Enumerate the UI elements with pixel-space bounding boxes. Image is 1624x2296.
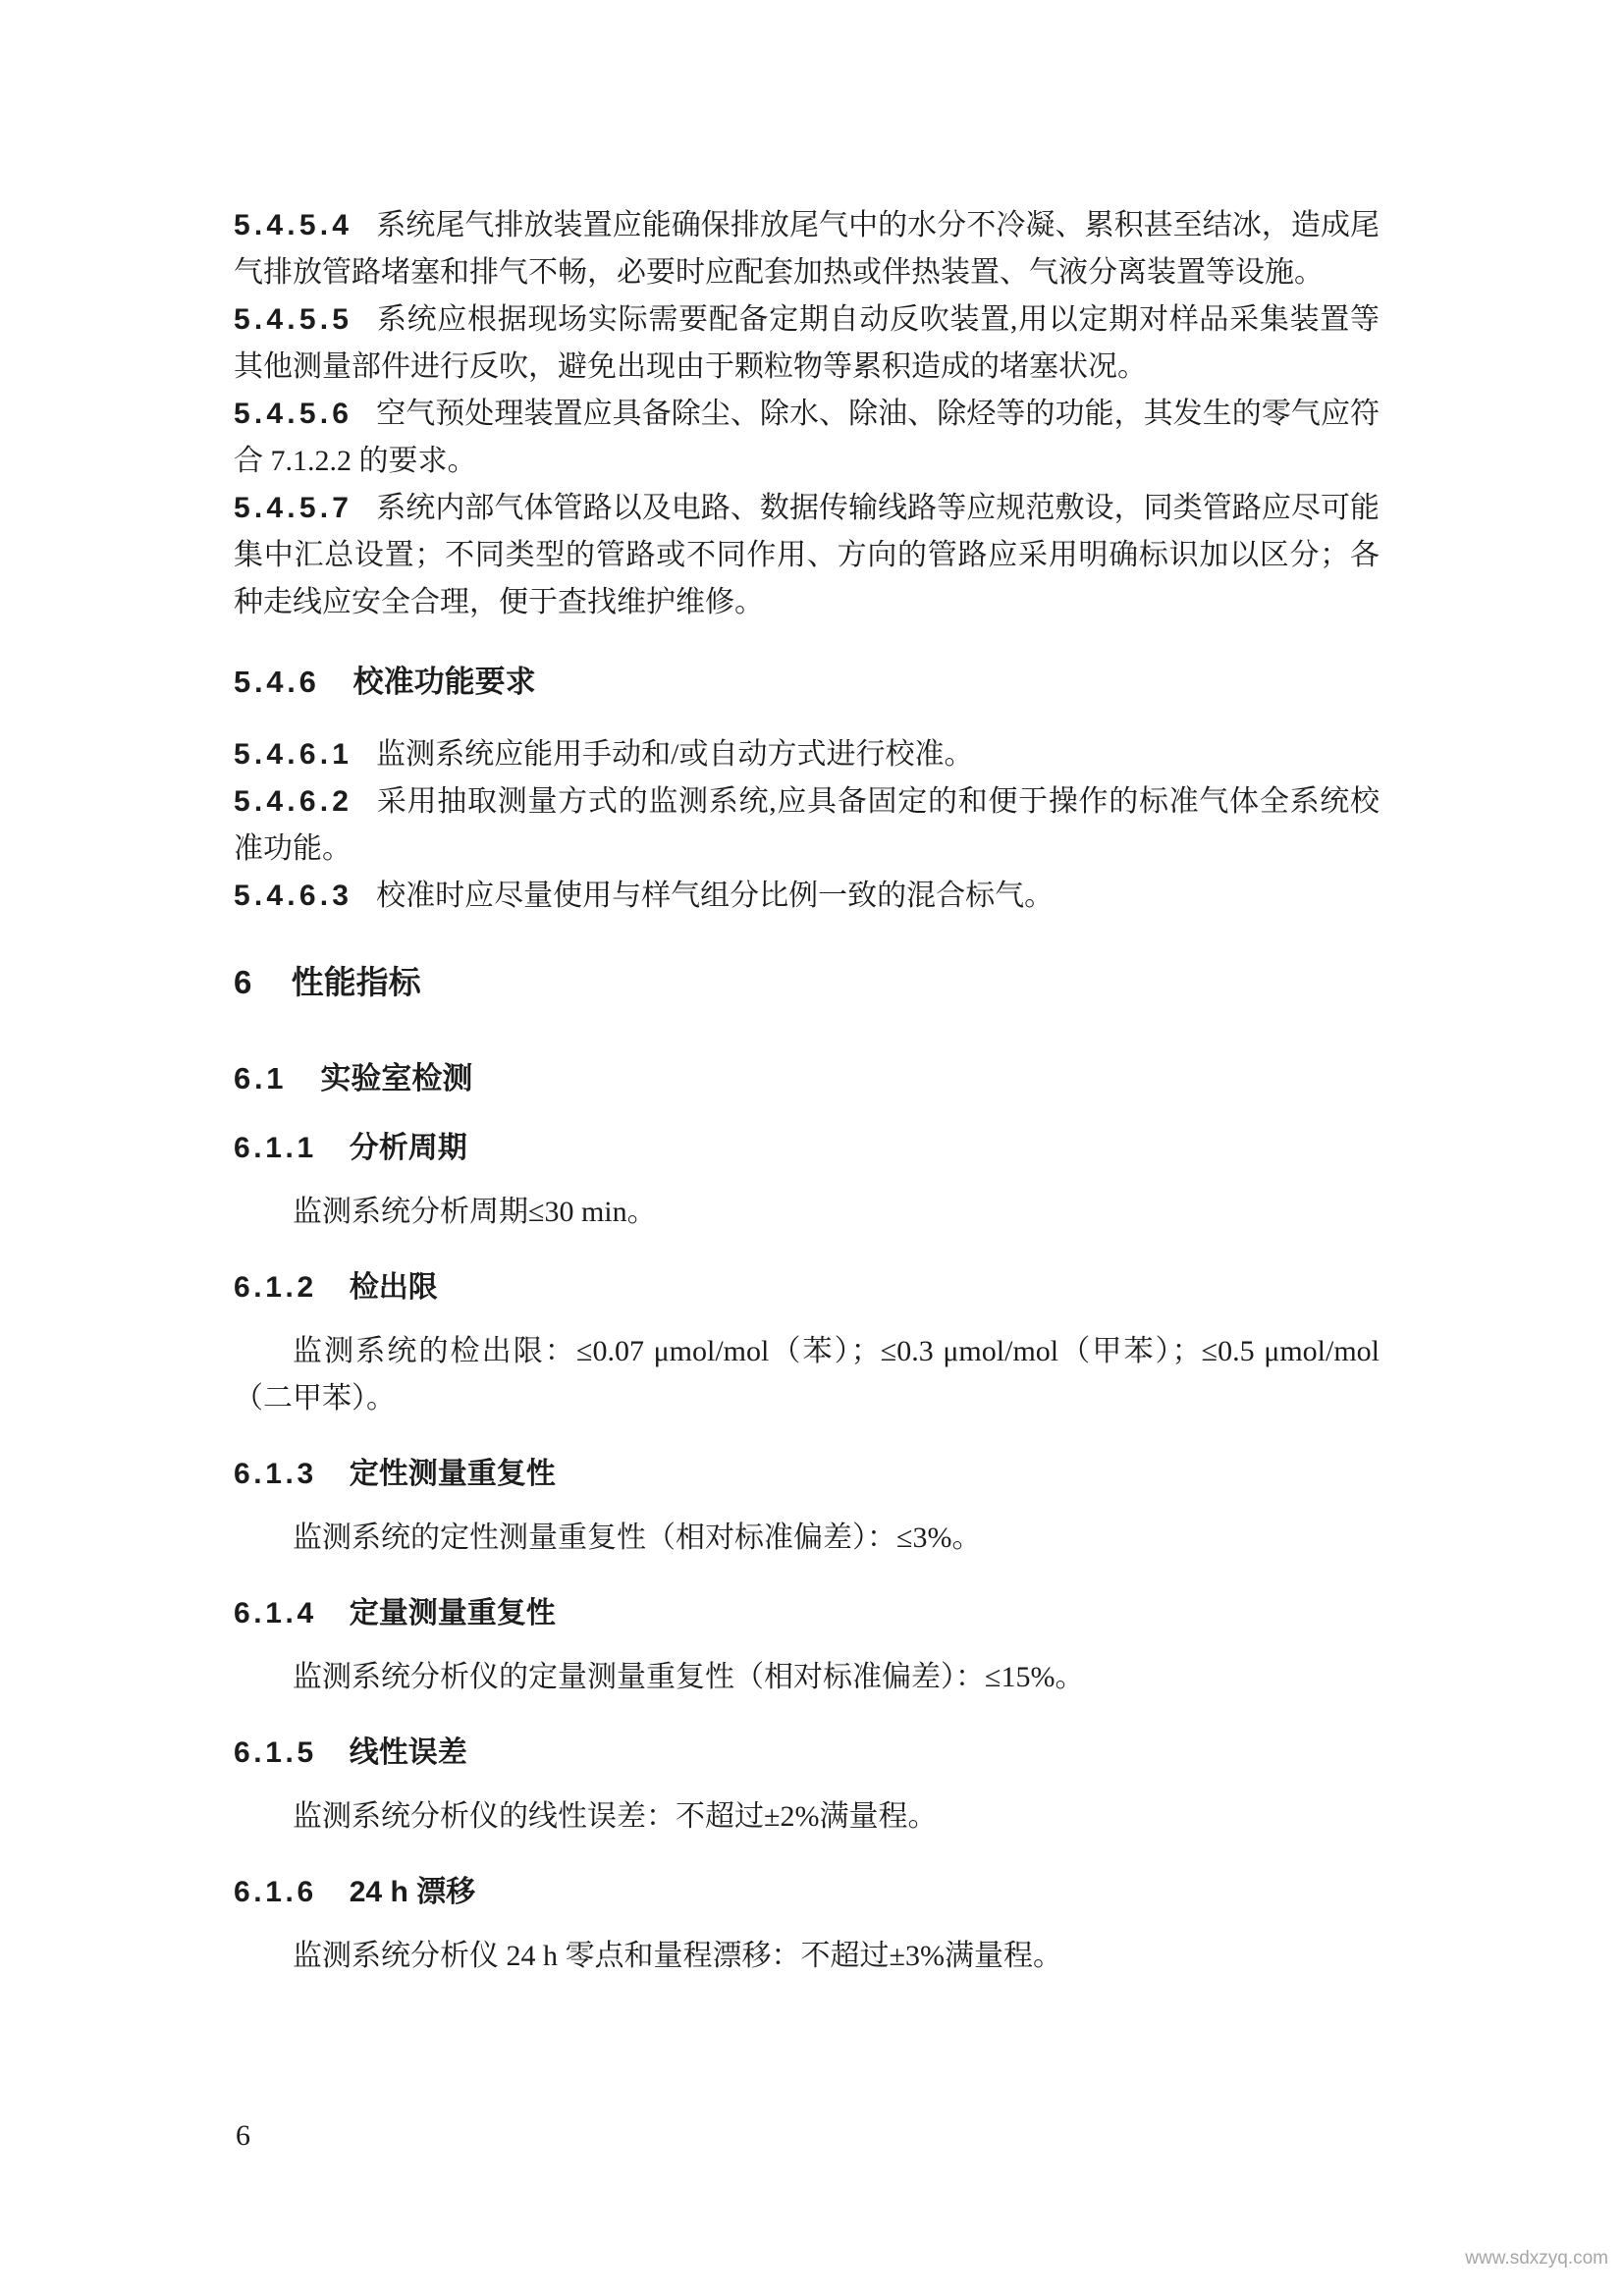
page-number: 6 <box>236 2118 250 2154</box>
watermark-text: www.sdxzyq.com <box>1465 2248 1608 2269</box>
clause-text: 校准时应尽量使用与样气组分比例一致的混合标气。 <box>376 880 1054 912</box>
text-blocks: 5.4.5.4系统尾气排放装置应能确保排放尾气中的水分不冷凝、累积甚至结冰，造成… <box>234 202 1380 1980</box>
heading-number: 5.4.6 <box>234 665 320 699</box>
body-paragraph-p19: 监测系统分析仪的线性误差：不超过±2%满量程。 <box>234 1793 1380 1841</box>
heading-title: 24 h 漂移 <box>350 1876 475 1908</box>
heading-title: 分析周期 <box>350 1132 467 1164</box>
body-paragraph-p21: 监测系统分析仪 24 h 零点和量程漂移：不超过±3%满量程。 <box>234 1933 1380 1980</box>
clause-text: 空气预处理装置应具备除尘、除水、除油、除烃等的功能，其发生的零气应符合 7.1.… <box>234 398 1380 477</box>
clause-number: 5.4.5.6 <box>234 398 352 430</box>
heading-title: 定量测量重复性 <box>350 1597 556 1629</box>
body-paragraph-p13: 监测系统的检出限：≤0.07 μmol/mol（苯）；≤0.3 μmol/mol… <box>234 1328 1380 1422</box>
document-page: 5.4.5.4系统尾气排放装置应能确保排放尾气中的水分不冷凝、累积甚至结冰，造成… <box>0 0 1624 2296</box>
clause-number: 5.4.6.2 <box>234 785 352 818</box>
clause-5-4-6-3: 5.4.6.3校准时应尽量使用与样气组分比例一致的混合标气。 <box>234 873 1380 920</box>
clause-5-4-5-4: 5.4.5.4系统尾气排放装置应能确保排放尾气中的水分不冷凝、累积甚至结冰，造成… <box>234 202 1380 296</box>
heading-6-1: 6.1实验室检测 <box>234 1055 1380 1102</box>
clause-number: 5.4.6.1 <box>234 738 352 771</box>
heading-title: 校准功能要求 <box>353 665 536 699</box>
heading-number: 6.1.4 <box>234 1597 317 1629</box>
heading-number: 6.1.2 <box>234 1271 317 1304</box>
heading-6-1-4: 6.1.4定量测量重复性 <box>234 1590 1380 1637</box>
heading-title: 线性误差 <box>350 1736 467 1769</box>
heading-number: 6.1.6 <box>234 1876 317 1908</box>
heading-title: 性能指标 <box>292 964 421 1000</box>
heading-title: 检出限 <box>350 1271 438 1304</box>
clause-number: 5.4.5.4 <box>234 209 352 241</box>
heading-number: 6.1.1 <box>234 1132 317 1164</box>
clause-number: 5.4.6.3 <box>234 880 352 912</box>
heading-number: 6.1.5 <box>234 1736 317 1769</box>
clause-5-4-5-5: 5.4.5.5系统应根据现场实际需要配备定期自动反吹装置,用以定期对样品采集装置… <box>234 296 1380 391</box>
heading-6: 6性能指标 <box>234 959 1380 1006</box>
heading-5-4-6: 5.4.6校准功能要求 <box>234 659 1380 706</box>
body-paragraph-p15: 监测系统的定性测量重复性（相对标准偏差）：≤3%。 <box>234 1515 1380 1562</box>
clause-text: 系统尾气排放装置应能确保排放尾气中的水分不冷凝、累积甚至结冰，造成尾气排放管路堵… <box>234 209 1380 289</box>
heading-6-1-2: 6.1.2检出限 <box>234 1264 1380 1311</box>
clause-5-4-6-1: 5.4.6.1监测系统应能用手动和/或自动方式进行校准。 <box>234 731 1380 778</box>
clause-5-4-6-2: 5.4.6.2采用抽取测量方式的监测系统,应具备固定的和便于操作的标准气体全系统… <box>234 778 1380 873</box>
clause-text: 系统应根据现场实际需要配备定期自动反吹装置,用以定期对样品采集装置等其他测量部件… <box>234 303 1380 383</box>
clause-5-4-5-7: 5.4.5.7系统内部气体管路以及电路、数据传输线路等应规范敷设，同类管路应尽可… <box>234 485 1380 626</box>
heading-6-1-6: 6.1.624 h 漂移 <box>234 1869 1380 1916</box>
body-paragraph-p17: 监测系统分析仪的定量测量重复性（相对标准偏差）：≤15%。 <box>234 1654 1380 1701</box>
page-content: 5.4.5.4系统尾气排放装置应能确保排放尾气中的水分不冷凝、累积甚至结冰，造成… <box>234 202 1380 1980</box>
heading-title: 实验室检测 <box>320 1061 472 1095</box>
heading-title: 定性测量重复性 <box>350 1458 556 1490</box>
clause-text: 监测系统应能用手动和/或自动方式进行校准。 <box>376 738 973 771</box>
clause-text: 系统内部气体管路以及电路、数据传输线路等应规范敷设，同类管路应尽可能集中汇总设置… <box>234 492 1380 618</box>
heading-6-1-3: 6.1.3定性测量重复性 <box>234 1451 1380 1498</box>
clause-number: 5.4.5.7 <box>234 492 352 524</box>
clause-text: 采用抽取测量方式的监测系统,应具备固定的和便于操作的标准气体全系统校准功能。 <box>234 785 1380 865</box>
clause-5-4-5-6: 5.4.5.6空气预处理装置应具备除尘、除水、除油、除烃等的功能，其发生的零气应… <box>234 391 1380 485</box>
body-paragraph-p11: 监测系统分析周期≤30 min。 <box>234 1189 1380 1236</box>
clause-number: 5.4.5.5 <box>234 303 352 336</box>
heading-number: 6.1 <box>234 1061 287 1095</box>
heading-number: 6 <box>234 964 255 1000</box>
heading-number: 6.1.3 <box>234 1458 317 1490</box>
heading-6-1-5: 6.1.5线性误差 <box>234 1730 1380 1777</box>
heading-6-1-1: 6.1.1分析周期 <box>234 1125 1380 1172</box>
